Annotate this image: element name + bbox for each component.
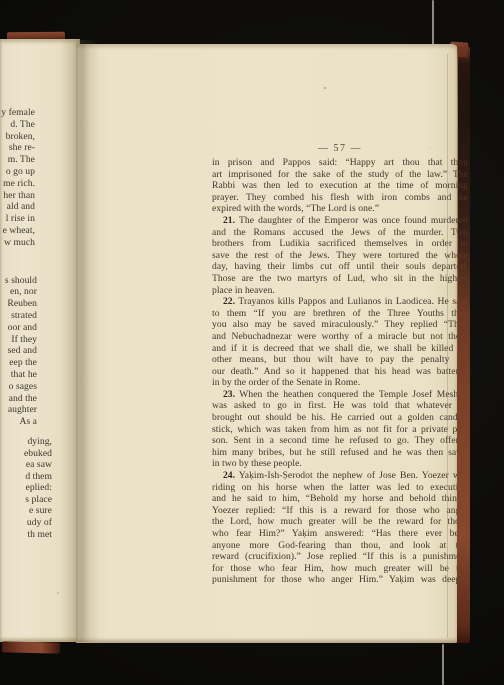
text-line: other means, but thou wilt have to pay t… [212,354,468,366]
text-line: Reuben [0,298,37,310]
paragraph-number: 22. [223,296,235,307]
text-line: save the rest of the Jews. They were tor… [212,250,468,262]
text-line: punishment for those who anger Him.” Yaḳ… [212,574,468,586]
right-page: — 57 — in prison and Pappos said: “Happy… [76,44,458,643]
text-line: for those who fear Him, how much greater… [212,563,468,575]
text-line: y female [0,107,35,119]
paper-speck [57,592,59,594]
text-line: ebuked [0,448,52,460]
text-line: and the Romans accused the Jews of the m… [212,227,468,239]
text-line: who fear Him?” Yaḳim answered: “Has ther… [212,528,468,540]
paper-speck [324,87,326,89]
text-line: and the [0,393,37,405]
text-line: in two by these people. [212,458,468,470]
text-line: reward (crucifixion).” Jose replied “If … [212,551,468,563]
text-line: in prison and Pappos said: “Happy art th… [212,157,468,169]
text-line: day, having their limbs cut off until th… [212,261,468,273]
text-line: aughter [0,404,37,416]
text-line: ald and [0,201,35,213]
left-text-fragment-block: y femaled. Thebroken,she re-m. Theo go u… [0,107,35,249]
text-line: in by the order of the Senate in Rome. [212,377,468,389]
page-number: — 57 — [212,143,468,154]
text-line: she re- [0,142,35,154]
text-line: 24. Yaḳim-Ish-Ṣerodot the nephew of Jose… [212,470,468,482]
text-line: dying, [0,436,52,448]
text-line: As a [0,416,37,428]
text-line: me rich. [0,178,35,190]
text-line: eep the [0,357,37,369]
text-line: brothers from Ludikia sacrificed themsel… [212,238,468,250]
right-page-text: in prison and Pappos said: “Happy art th… [212,157,468,586]
book-cover-edge-right [457,46,470,643]
text-line: o go up [0,166,35,178]
text-line: 23. When the heathen conquered the Templ… [212,389,468,401]
text-line: ea saw [0,459,52,471]
text-line: him many bribes, but he still refused an… [212,447,468,459]
text-line: sed and [0,345,37,357]
text-line: If they [0,334,37,346]
text-line: m. The [0,154,35,166]
text-line: strated [0,310,37,322]
text-line: riding on his horse when the latter was … [212,482,468,494]
book-stand-string-bottom [442,644,444,685]
left-page: y femaled. Thebroken,she re-m. Theo go u… [0,39,80,642]
text-line: w much [0,237,35,249]
paragraph-number: 24. [223,470,235,481]
text-line: oor and [0,322,37,334]
text-line: s should [0,275,37,287]
text-line: s place [0,494,52,506]
text-line: and Nebuchadnezar were worthy of a mirac… [212,331,468,343]
text-line: eplied: [0,482,52,494]
paragraph-number: 23. [223,389,235,400]
left-page-text-fragments: y femaled. Thebroken,she re-m. Theo go u… [0,107,52,566]
book-cover-edge-bottom-left [2,641,60,653]
text-line: the Lord, how much greater will be the r… [212,516,468,528]
text-line: our death.” And so it happened that his … [212,366,468,378]
text-line: l rise in [0,213,35,225]
text-line: e sure [0,505,52,517]
text-line: broken, [0,131,35,143]
text-line: en, nor [0,286,37,298]
text-line: Those are the two martyrs of Lud, who si… [212,273,468,285]
text-line: 22. Trayanos kills Pappos and Lulianos i… [212,296,468,308]
text-line: 21. The daughter of the Emperor was once… [212,215,468,227]
text-line: place in heaven. [212,285,468,297]
text-line: was asked to go in first. He was told th… [212,400,468,412]
book-stand-string-top [432,0,434,47]
text-line: son. Sent in a second time he refused to… [212,435,468,447]
page-edge-crease [447,54,448,638]
left-text-fragment-block: s shoulden, norReubenstratedoor andIf th… [0,275,37,428]
text-line: you also may be saved miraculously.” The… [212,319,468,331]
text-line: to them “If you are brethren of the Thre… [212,308,468,320]
left-text-fragment-block: dying,ebukedea sawd themeplied:s placee … [0,436,52,540]
text-line: and he said to him, “Behold my horse and… [212,493,468,505]
text-line: art imprisoned for the sake of the study… [212,169,468,181]
paper-speck [429,147,431,148]
text-line: prayer. They combed his flesh with iron … [212,192,468,204]
text-line: th met [0,529,52,541]
text-line: stick, which was taken from him as not f… [212,424,468,436]
text-line: that he [0,369,37,381]
text-line: d them [0,471,52,483]
paragraph-number: 21. [223,215,235,226]
text-line: expired with the words, “The Lord is one… [212,203,468,215]
text-line: and if it is decreed that we shall die, … [212,343,468,355]
text-line: d. The [0,119,35,131]
text-line: e wheat, [0,225,35,237]
text-line: anyone more God-fearing than thou, and l… [212,540,468,552]
text-line: brought out should be his. He carried ou… [212,412,468,424]
text-line: her than [0,190,35,202]
text-line: o sages [0,381,37,393]
book-photo: y femaled. Thebroken,she re-m. Theo go u… [0,0,504,685]
text-line: Yoezer replied: “If this is a reward for… [212,505,468,517]
text-line: udy of [0,517,52,529]
text-line: Rabbi was then led to execution at the t… [212,180,468,192]
